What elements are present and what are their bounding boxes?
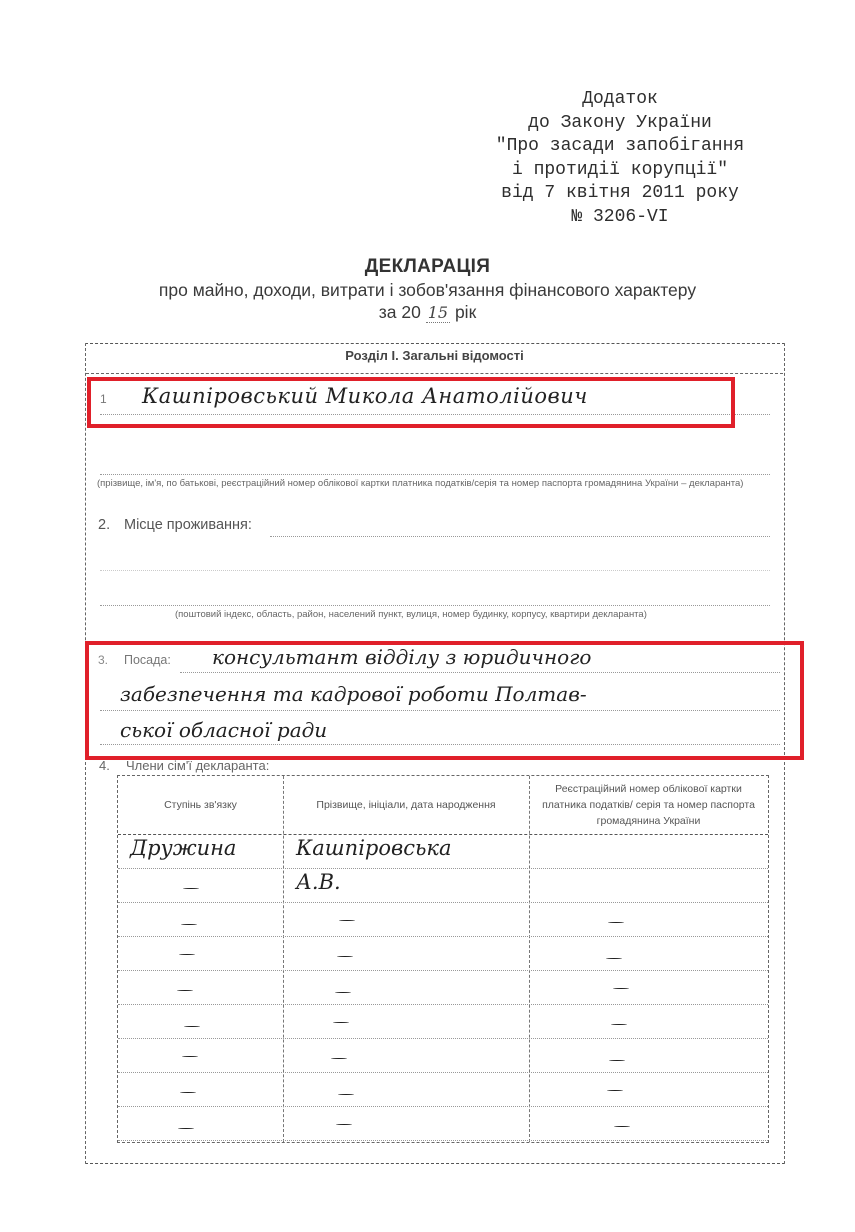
empty-dash-mark <box>179 954 195 955</box>
appendix-line: і протидії корупції" <box>470 159 770 183</box>
empty-dash-mark <box>336 1124 352 1125</box>
row-divider <box>118 1140 768 1141</box>
year-suffix: рік <box>455 302 476 322</box>
field-2-line <box>270 536 770 537</box>
column-header-relation: Ступінь зв'язку <box>118 776 283 834</box>
empty-dash-mark <box>331 1058 347 1059</box>
field-2-line-2 <box>100 570 770 571</box>
column-header-tax-id: Реєстраційний номер облікової картки пла… <box>529 776 768 834</box>
empty-dash-mark <box>183 888 199 889</box>
empty-dash-mark <box>339 920 355 921</box>
column-header-name: Прізвище, ініціали, дата народження <box>283 776 529 834</box>
field-2-caption: (поштовий індекс, область, район, населе… <box>175 609 647 620</box>
document-title: ДЕКЛАРАЦІЯ <box>0 256 855 278</box>
appendix-line: Додаток <box>470 88 770 112</box>
document-subtitle: про майно, доходи, витрати і зобов'язанн… <box>0 280 855 301</box>
appendix-line: від 7 квітня 2011 року <box>470 182 770 206</box>
empty-dash-mark <box>614 1126 630 1127</box>
table-cell-handwritten: Кашпіровська <box>296 836 451 860</box>
empty-dash-mark <box>608 922 624 923</box>
empty-dash-mark <box>178 1128 194 1129</box>
declaration-year: за 20 15 рік <box>0 302 855 323</box>
row-divider <box>118 970 768 971</box>
highlight-box-position <box>85 641 804 760</box>
field-4-number: 4. <box>99 758 110 773</box>
row-divider <box>118 1106 768 1107</box>
appendix-line: "Про засади запобігання <box>470 135 770 159</box>
empty-dash-mark <box>613 988 629 989</box>
column-divider <box>529 776 530 1142</box>
empty-dash-mark <box>337 956 353 957</box>
row-divider <box>118 936 768 937</box>
empty-dash-mark <box>609 1060 625 1061</box>
field-2-line-3 <box>100 605 770 606</box>
empty-dash-mark <box>338 1094 354 1095</box>
empty-dash-mark <box>184 1026 200 1027</box>
field-4-label: Члени сім'ї декларанта: <box>126 758 269 773</box>
appendix-line: № 3206-VI <box>470 206 770 230</box>
highlight-box-name <box>87 377 735 428</box>
appendix-line: до Закону України <box>470 112 770 136</box>
section-title: Розділ I. Загальні відомості <box>86 343 783 374</box>
appendix-note: Додаток до Закону України "Про засади за… <box>470 88 770 229</box>
empty-dash-mark <box>606 958 622 959</box>
field-1-line-2 <box>100 474 770 475</box>
row-divider <box>118 902 768 903</box>
year-prefix: за 20 <box>379 302 421 322</box>
empty-dash-mark <box>607 1090 623 1091</box>
family-members-table: Ступінь зв'язку Прізвище, ініціали, дата… <box>117 775 769 1143</box>
field-2-label: Місце проживання: <box>124 517 252 533</box>
row-divider <box>118 868 768 869</box>
year-handwritten: 15 <box>426 303 450 323</box>
row-divider <box>118 1072 768 1073</box>
empty-dash-mark <box>333 1022 349 1023</box>
field-1-caption: (прізвище, ім'я, по батькові, реєстрацій… <box>97 478 743 489</box>
table-header: Ступінь зв'язку Прізвище, ініціали, дата… <box>118 776 768 835</box>
field-2-number: 2. <box>98 517 110 533</box>
empty-dash-mark <box>611 1024 627 1025</box>
empty-dash-mark <box>181 924 197 925</box>
row-divider <box>118 1004 768 1005</box>
row-divider <box>118 1038 768 1039</box>
empty-dash-mark <box>180 1092 196 1093</box>
empty-dash-mark <box>177 990 193 991</box>
empty-dash-mark <box>182 1056 198 1057</box>
table-cell-handwritten: Дружина <box>130 836 236 860</box>
column-divider <box>283 776 284 1142</box>
empty-dash-mark <box>335 992 351 993</box>
table-cell-handwritten: А.В. <box>296 870 341 894</box>
